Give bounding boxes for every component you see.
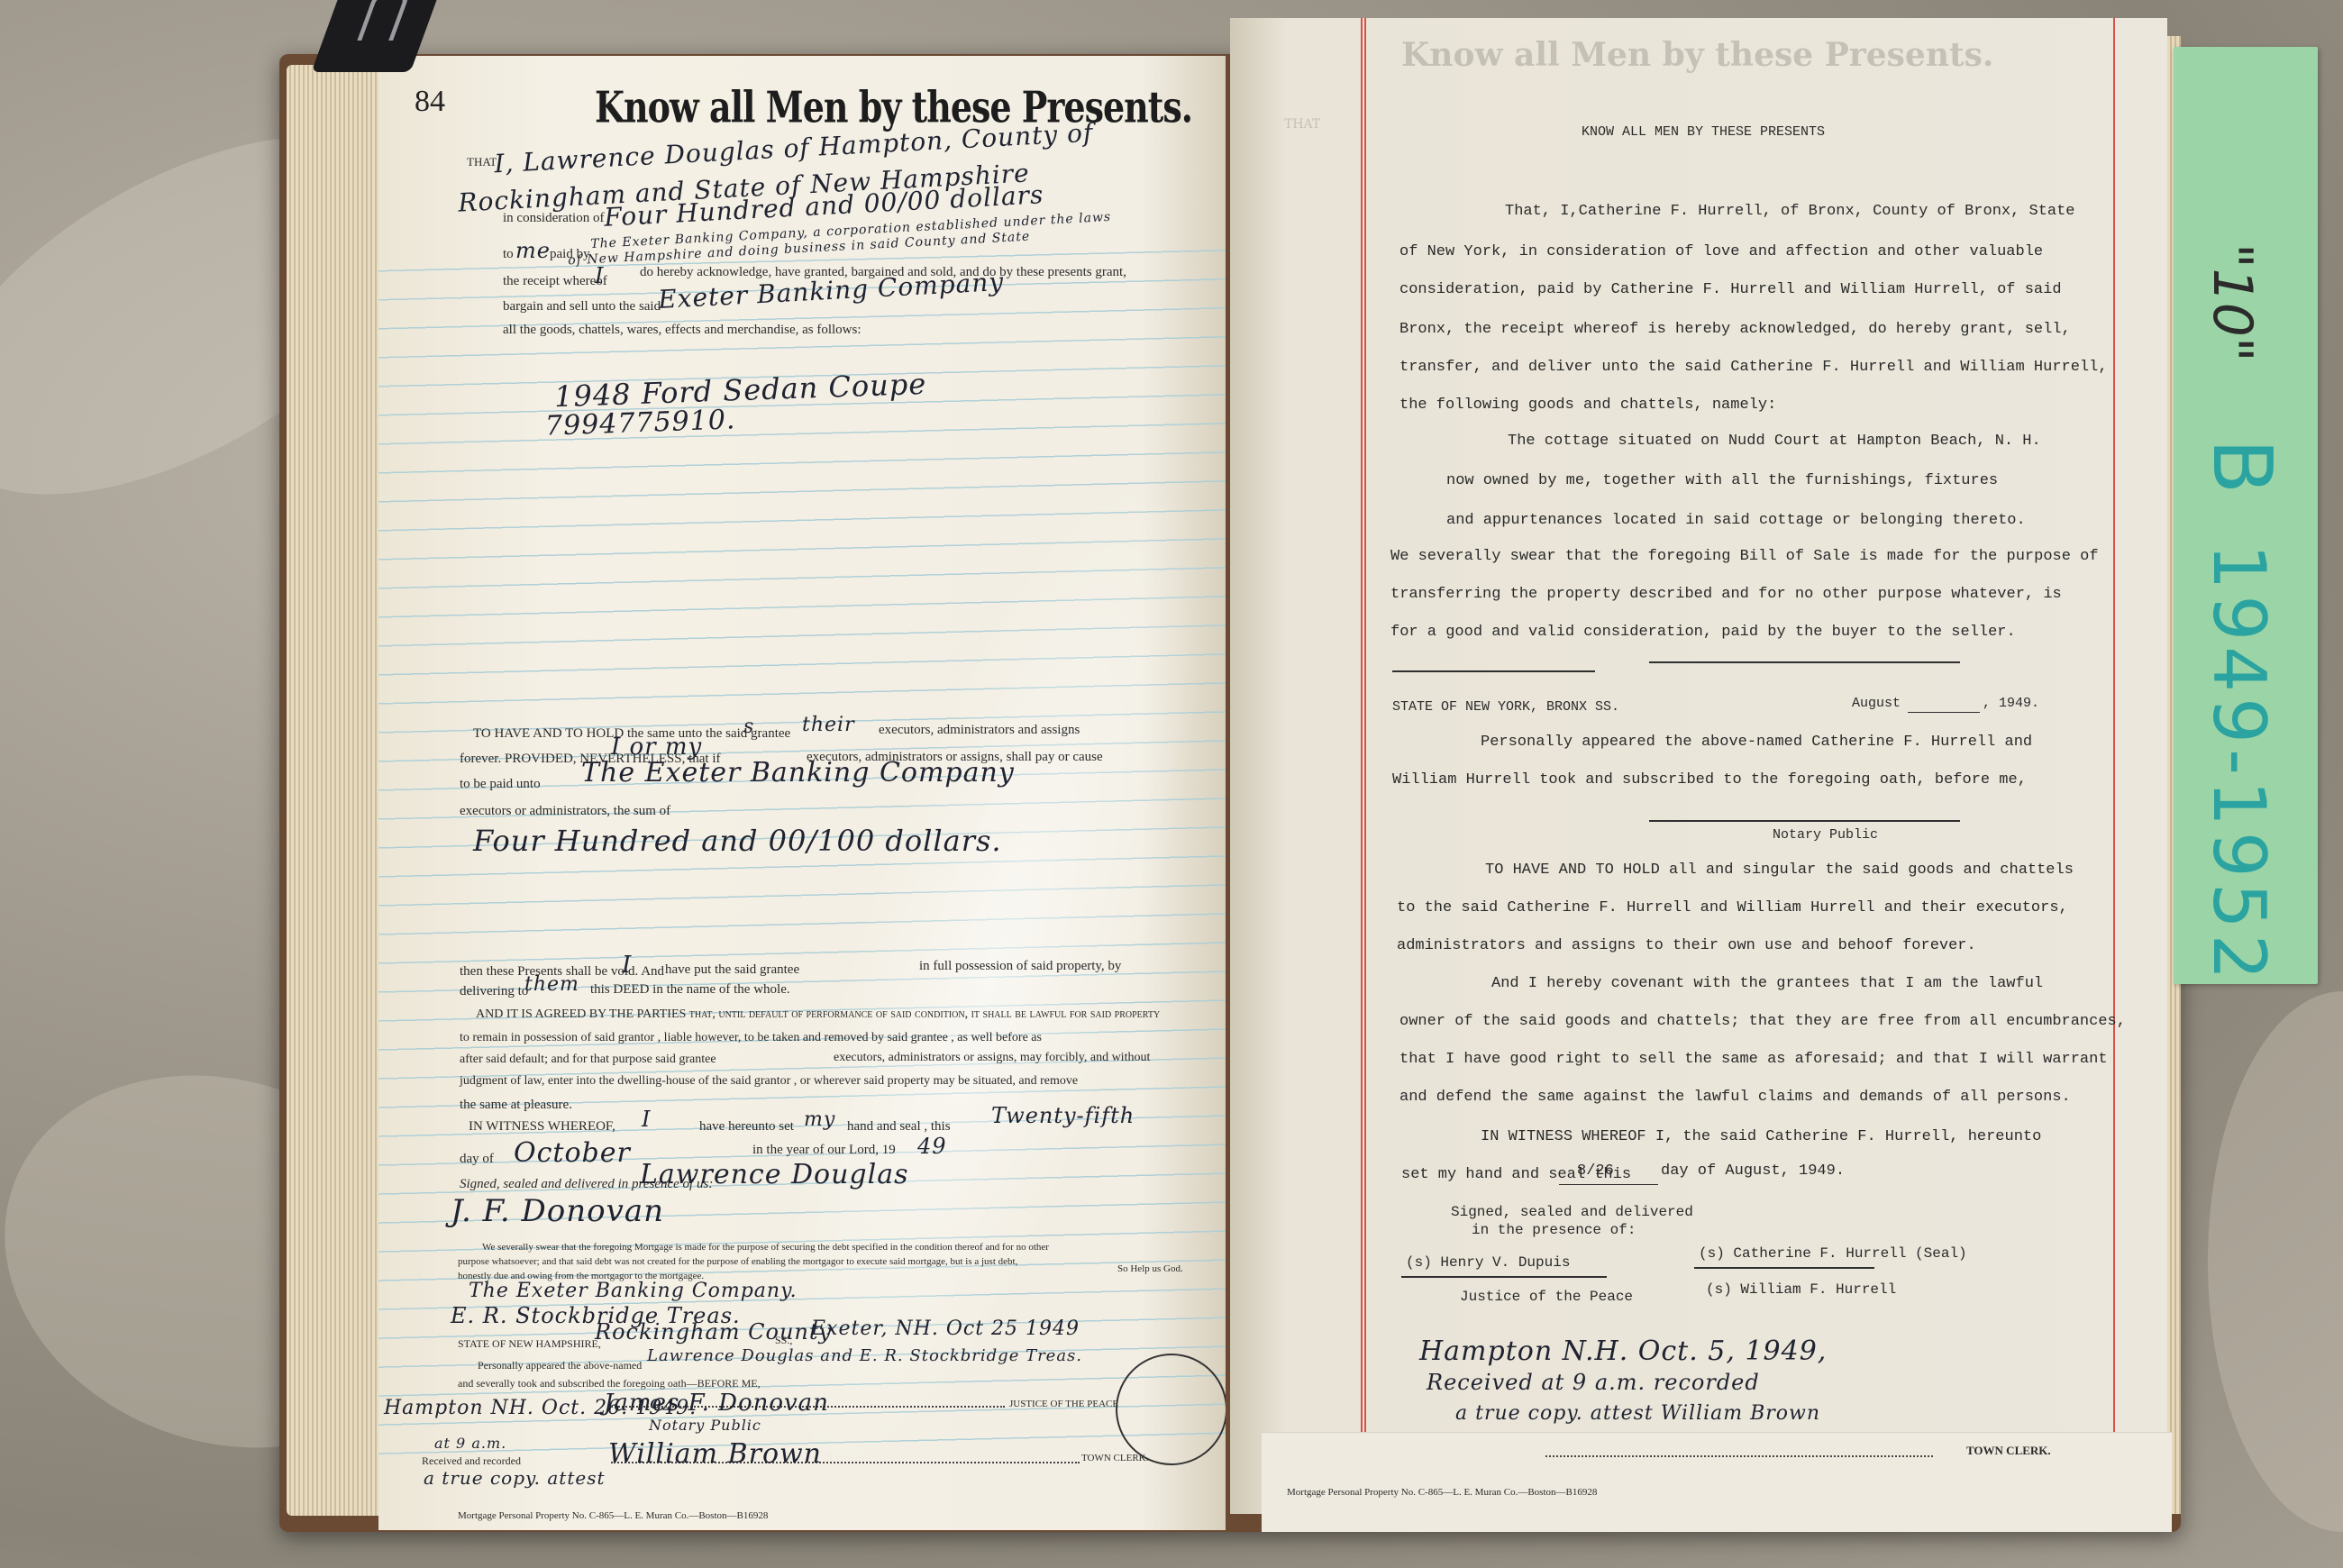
printed-witness: IN WITNESS WHEREOF, xyxy=(469,1119,615,1135)
ghost-heading: Know all Men by these Presents. xyxy=(1401,36,1993,74)
printed-delivering: delivering to xyxy=(460,984,528,999)
signature-line-left xyxy=(1392,670,1595,672)
tab-year-range: 1949-1952 xyxy=(2197,543,2281,985)
handwritten-recorded-attest: a true copy. attest xyxy=(424,1467,606,1489)
red-margin-left xyxy=(1361,18,1363,1514)
tab-series-letter: B xyxy=(2194,439,2289,495)
town-clerk-line xyxy=(1545,1455,1933,1457)
handwritten-recorded-time: at 9 a.m. xyxy=(434,1435,506,1452)
printed-witness-2: have hereunto set xyxy=(699,1119,794,1135)
typed-appeared-line: William Hurrell took and subscribed to t… xyxy=(1392,771,2027,789)
printed-help: So Help us God. xyxy=(1117,1263,1183,1274)
printed-pleasure: the same at pleasure. xyxy=(460,1098,572,1113)
signature-company: The Exeter Banking Company. xyxy=(469,1280,798,1302)
form-footer: Mortgage Personal Property No. C-865—L. … xyxy=(458,1510,768,1521)
typed-witness-line: IN WITNESS WHEREOF I, the said Catherine… xyxy=(1481,1128,2041,1145)
handwritten-receipt-i: I xyxy=(595,263,604,288)
printed-receipt: the receipt whereof xyxy=(503,274,607,289)
handwritten-me: me xyxy=(515,238,551,263)
signature-grantor: Lawrence Douglas xyxy=(640,1159,909,1190)
printed-witness-3: hand and seal , this xyxy=(847,1119,951,1135)
printed-received: Received and recorded xyxy=(422,1454,521,1468)
handwritten-sum: Four Hundred and 00/100 dollars. xyxy=(473,824,1002,858)
typed-witness-signature: (s) Henry V. Dupuis xyxy=(1406,1254,1570,1271)
grantor-signature-underline xyxy=(1694,1267,1874,1269)
handwritten-paid-unto: The Exeter Banking Company xyxy=(581,757,1015,789)
handwritten-them: them xyxy=(524,973,579,996)
handwritten-recorded-line: a true copy. attest William Brown xyxy=(1455,1402,1820,1425)
printed-void-3: in full possession of said property, by xyxy=(919,959,1121,974)
printed-paid-by: paid by xyxy=(550,247,590,262)
printed-after: after said default; and for that purpose… xyxy=(460,1053,716,1067)
typed-grantor-signature: (s) Catherine F. Hurrell (Seal) xyxy=(1699,1245,1967,1262)
typed-date-year: , 1949. xyxy=(1983,696,2039,711)
marble-surface xyxy=(2208,991,2343,1532)
form-heading: Know all Men by these Presents. xyxy=(595,81,1192,132)
typed-covenant-line: and defend the same against the lawful c… xyxy=(1399,1089,2071,1106)
printed-void-2: have put the said grantee xyxy=(665,962,799,978)
typed-title: KNOW ALL MEN BY THESE PRESENTS xyxy=(1582,124,1825,140)
typed-signed-line: in the presence of: xyxy=(1472,1222,1636,1238)
printed-to: to xyxy=(503,247,514,262)
printed-appeared: Personally appeared the above-named xyxy=(478,1359,642,1372)
tab-volume-number: "10" xyxy=(2201,243,2264,362)
printed-to-have-2: executors, administrators and assigns xyxy=(879,723,1080,738)
typed-covenant-line: that I have good right to sell the same … xyxy=(1399,1051,2108,1068)
red-margin-left-2 xyxy=(1364,18,1366,1514)
printed-executors: executors or administrators, the sum of xyxy=(460,804,670,819)
typed-covenant-line: owner of the said goods and chattels; th… xyxy=(1399,1013,2126,1030)
printed-in-consideration: in consideration of xyxy=(503,211,604,226)
handwritten-their: their xyxy=(802,714,855,736)
typed-swear-line: transferring the property described and … xyxy=(1390,586,2062,603)
printed-that: THAT xyxy=(467,155,497,169)
typed-paragraph-line: consideration, paid by Catherine F. Hurr… xyxy=(1399,281,2062,298)
printed-year: in the year of our Lord, 19 xyxy=(752,1143,896,1158)
printed-state: STATE OF NEW HAMPSHIRE, xyxy=(458,1337,601,1351)
notary-signature-line xyxy=(1649,820,1960,822)
typed-covenant-line: And I hereby covenant with the grantees … xyxy=(1491,975,2043,992)
signature-town-clerk: William Brown xyxy=(608,1438,822,1470)
handwritten-goods-serial: 7994775910. xyxy=(544,404,735,442)
printed-delivering-2: this DEED in the name of the whole. xyxy=(590,982,790,998)
handwritten-recorded-line: Received at 9 a.m. recorded xyxy=(1427,1370,1760,1395)
printed-justice: JUSTICE OF THE PEACE xyxy=(1009,1399,1118,1409)
typed-notary: Notary Public xyxy=(1773,827,1878,843)
signature-notary: James F. Donovan xyxy=(604,1390,829,1417)
typed-date-month: August xyxy=(1852,696,1901,711)
printed-judgment: judgment of law, enter into the dwelling… xyxy=(460,1074,1078,1089)
typed-swear-line: We severally swear that the foregoing Bi… xyxy=(1390,548,2099,565)
date-blank-line xyxy=(1908,712,1980,713)
handwritten-month: October xyxy=(514,1137,631,1169)
index-tab-label: "10" B 1949-1952 xyxy=(2194,243,2289,982)
printed-swear: We severally swear that the foregoing Mo… xyxy=(482,1242,1049,1253)
typed-hold-line: to the said Catherine F. Hurrell and Wil… xyxy=(1397,899,2068,916)
typed-appeared-line: Personally appeared the above-named Cath… xyxy=(1481,734,2032,751)
printed-after-2: executors, administrators or assigns, ma… xyxy=(834,1051,1150,1065)
printed-subscribed: and severally took and subscribed the fo… xyxy=(458,1377,761,1390)
right-page-bill-of-sale: Know all Men by these Presents. THAT KNO… xyxy=(1230,18,2167,1514)
typed-paragraph-line: transfer, and deliver unto the said Cath… xyxy=(1399,359,2108,376)
signature-line-right xyxy=(1649,661,1960,663)
printed-town-clerk-right: TOWN CLERK. xyxy=(1966,1444,2051,1458)
printed-agreed: AND IT IS AGREED BY THE PARTIES that, un… xyxy=(476,1007,1160,1022)
printed-day-of: day of xyxy=(460,1152,494,1167)
ghost-that: THAT xyxy=(1284,117,1320,132)
handwritten-place-date: Exeter, NH. Oct 25 1949 xyxy=(811,1317,1080,1340)
typed-set-hand-post: day of August, 1949. xyxy=(1661,1162,1845,1180)
printed-bargain: bargain and sell unto the said xyxy=(503,299,661,315)
red-margin-right xyxy=(2113,18,2115,1514)
form-bottom-strip: TOWN CLERK. Mortgage Personal Property N… xyxy=(1262,1433,2172,1532)
typed-paragraph-line: That, I,Catherine F. Hurrell, of Bronx, … xyxy=(1505,203,2075,220)
handwritten-my: my xyxy=(804,1108,835,1131)
typed-swear-line: for a good and valid consideration, paid… xyxy=(1390,624,2016,641)
typed-signed-line: Signed, sealed and delivered xyxy=(1451,1204,1693,1220)
page-number: 84 xyxy=(415,85,445,119)
typed-paragraph-line: the following goods and chattels, namely… xyxy=(1399,397,1776,414)
date-underline xyxy=(1559,1184,1658,1185)
handwritten-day: Twenty-fifth xyxy=(991,1103,1135,1128)
handwritten-county: Rockingham County xyxy=(595,1319,832,1345)
handwritten-year: 49 xyxy=(917,1134,947,1159)
typed-witness-title: Justice of the Peace xyxy=(1460,1289,1633,1305)
form-footer-right: Mortgage Personal Property No. C-865—L. … xyxy=(1287,1487,1597,1498)
typed-grantor-signature-2: (s) William F. Hurrell xyxy=(1706,1281,1896,1298)
handwritten-grantee-s: s xyxy=(743,716,754,738)
typed-goods-line: and appurtenances located in said cottag… xyxy=(1446,512,2026,529)
handwritten-recorded-line: Hampton N.H. Oct. 5, 1949, xyxy=(1419,1336,1827,1367)
typed-hold-line: administrators and assigns to their own … xyxy=(1397,937,1976,954)
left-page-mortgage-form: 84 Know all Men by these Presents. THAT … xyxy=(378,56,1226,1530)
typed-goods-line: The cottage situated on Nudd Court at Ha… xyxy=(1508,433,2041,450)
handwritten-notary-title: Notary Public xyxy=(649,1417,761,1434)
typed-goods-line: now owned by me, together with all the f… xyxy=(1446,472,1998,489)
printed-ss: SS., xyxy=(775,1334,792,1347)
typed-paragraph-line: of New York, in consideration of love an… xyxy=(1399,243,2043,260)
typed-paragraph-line: Bronx, the receipt whereof is hereby ack… xyxy=(1399,321,2071,338)
handwritten-appeared-names: Lawrence Douglas and E. R. Stockbridge T… xyxy=(647,1346,1082,1365)
witness-signature-underline xyxy=(1401,1276,1607,1278)
typed-hold-line: TO HAVE AND TO HOLD all and singular the… xyxy=(1485,861,2074,879)
typed-set-hand-date: 8/26 xyxy=(1577,1162,1614,1180)
printed-paid-unto: to be paid unto xyxy=(460,777,541,792)
handwritten-and-i: I xyxy=(622,952,632,979)
signature-witness: J. F. Donovan xyxy=(451,1193,664,1229)
handwritten-witness-i: I xyxy=(642,1107,651,1132)
printed-goods: all the goods, chattels, wares, effects … xyxy=(503,323,862,338)
typed-state-line: STATE OF NEW YORK, BRONX SS. xyxy=(1392,699,1619,715)
printed-remain: to remain in possession of said grantor … xyxy=(460,1031,1042,1045)
printed-swear-2: purpose whatsoever; and that said debt w… xyxy=(458,1256,1017,1267)
